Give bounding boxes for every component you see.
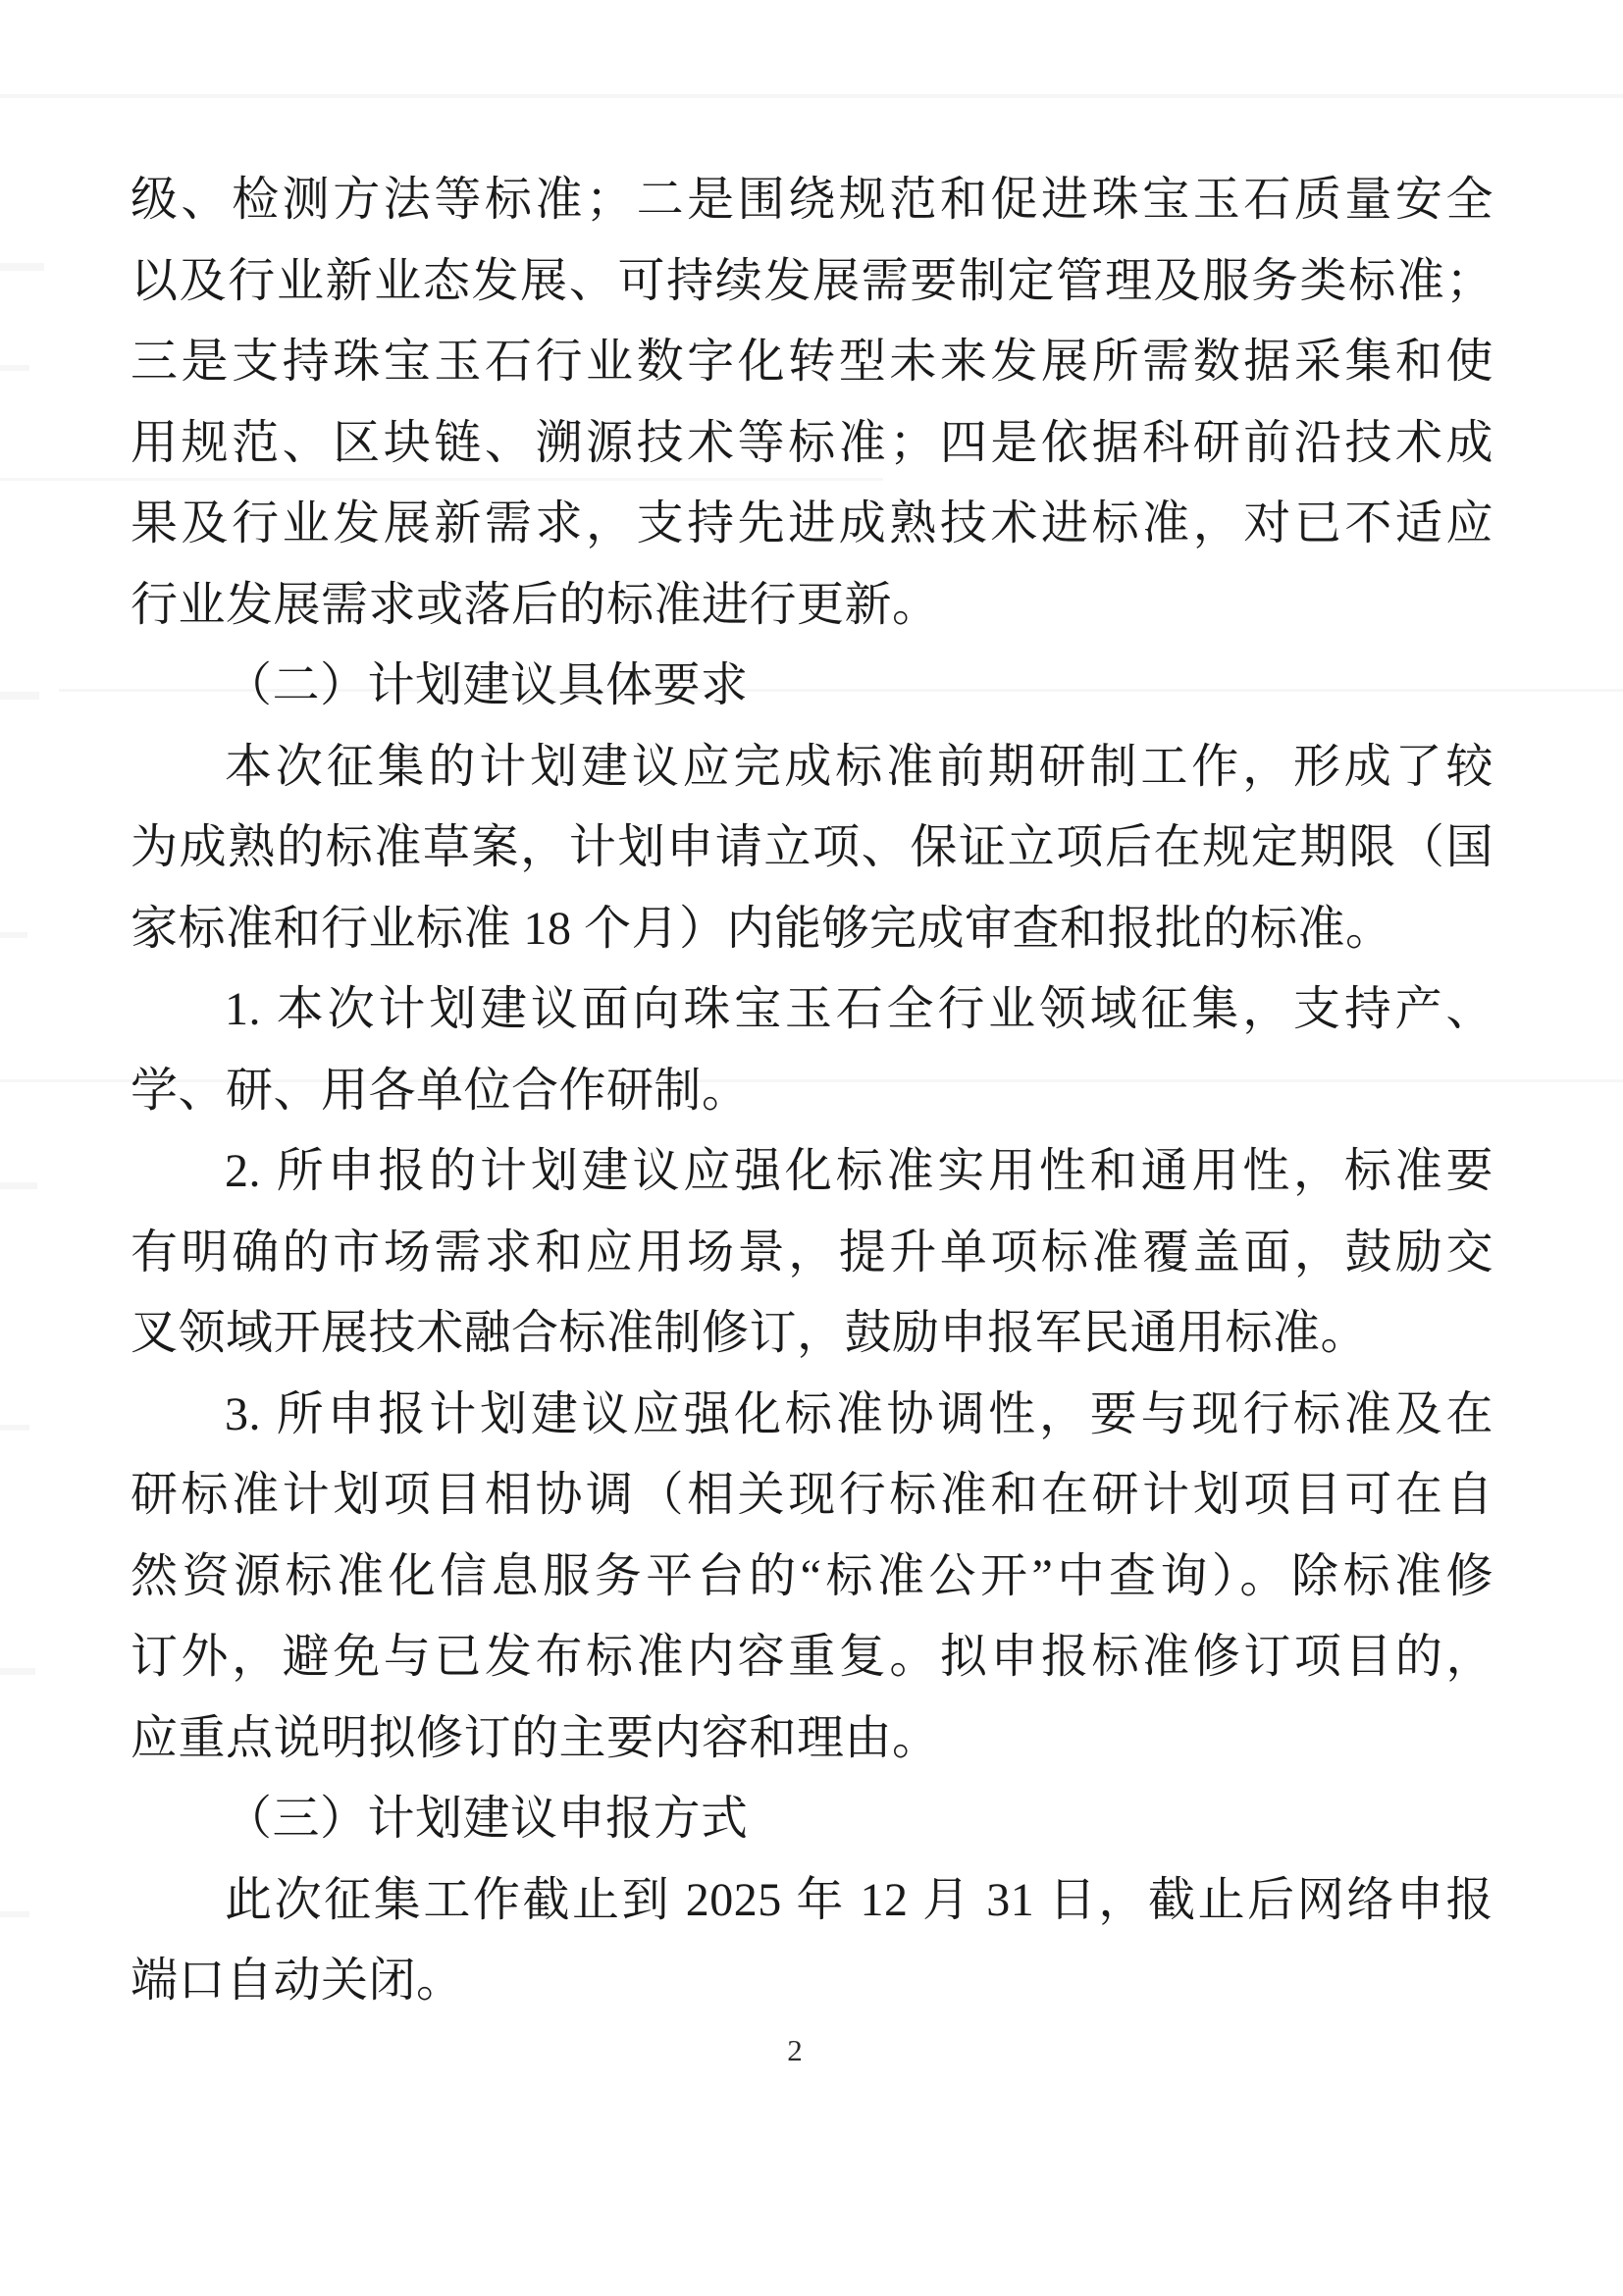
text-line: 3. 所申报计划建议应强化标准协调性，要与现行标准及在 [131, 1375, 1493, 1456]
text-line: 1. 本次计划建议面向珠宝玉石全行业领域征集，支持产、 [131, 969, 1493, 1051]
scan-artifact [0, 365, 29, 371]
text-line: 订外，避免与已发布标准内容重复。拟申报标准修订项目的， [131, 1617, 1493, 1698]
text-line: （二）计划建议具体要求 [131, 646, 1493, 727]
text-line: （三）计划建议申报方式 [131, 1779, 1493, 1860]
text-line: 此次征集工作截止到 2025 年 12 月 31 日，截止后网络申报 [131, 1860, 1493, 1942]
page-number: 2 [746, 2033, 844, 2068]
text-line: 2. 所申报的计划建议应强化标准实用性和通用性，标准要 [131, 1131, 1493, 1213]
scan-artifact [0, 1911, 29, 1917]
text-line: 级、检测方法等标准；二是围绕规范和促进珠宝玉石质量安全 [131, 160, 1493, 241]
document-body: 级、检测方法等标准；二是围绕规范和促进珠宝玉石质量安全以及行业新业态发展、可持续… [131, 160, 1493, 2022]
text-line: 有明确的市场需求和应用场景，提升单项标准覆盖面，鼓励交 [131, 1213, 1493, 1294]
scan-artifact [0, 1182, 37, 1189]
text-line: 为成熟的标准草案，计划申请立项、保证立项后在规定期限（国 [131, 808, 1493, 889]
text-line: 果及行业发展新需求，支持先进成熟技术进标准，对已不适应 [131, 484, 1493, 565]
text-line: 学、研、用各单位合作研制。 [131, 1051, 1493, 1132]
scan-artifact [0, 94, 1623, 98]
scan-artifact [0, 932, 27, 938]
text-line: 家标准和行业标准 18 个月）内能够完成审查和报批的标准。 [131, 889, 1493, 970]
text-line: 本次征集的计划建议应完成标准前期研制工作，形成了较 [131, 727, 1493, 809]
text-line: 然资源标准化信息服务平台的“标准公开”中查询）。除标准修 [131, 1537, 1493, 1618]
scan-artifact [0, 263, 44, 271]
scan-artifact [0, 692, 39, 700]
text-line: 应重点说明拟修订的主要内容和理由。 [131, 1698, 1493, 1780]
text-line: 研标准计划项目相协调（相关现行标准和在研计划项目可在自 [131, 1455, 1493, 1537]
text-line: 用规范、区块链、溯源技术等标准；四是依据科研前沿技术成 [131, 403, 1493, 485]
text-line: 三是支持珠宝玉石行业数字化转型未来发展所需数据采集和使 [131, 322, 1493, 403]
text-line: 叉领域开展技术融合标准制修订，鼓励申报军民通用标准。 [131, 1293, 1493, 1375]
text-line: 行业发展需求或落后的标准进行更新。 [131, 565, 1493, 647]
scan-artifact [0, 1668, 35, 1675]
document-page: 级、检测方法等标准；二是围绕规范和促进珠宝玉石质量安全以及行业新业态发展、可持续… [0, 0, 1623, 2296]
text-line: 端口自动关闭。 [131, 1941, 1493, 2022]
text-line: 以及行业新业态发展、可持续发展需要制定管理及服务类标准； [131, 241, 1493, 323]
scan-artifact [0, 1425, 29, 1431]
